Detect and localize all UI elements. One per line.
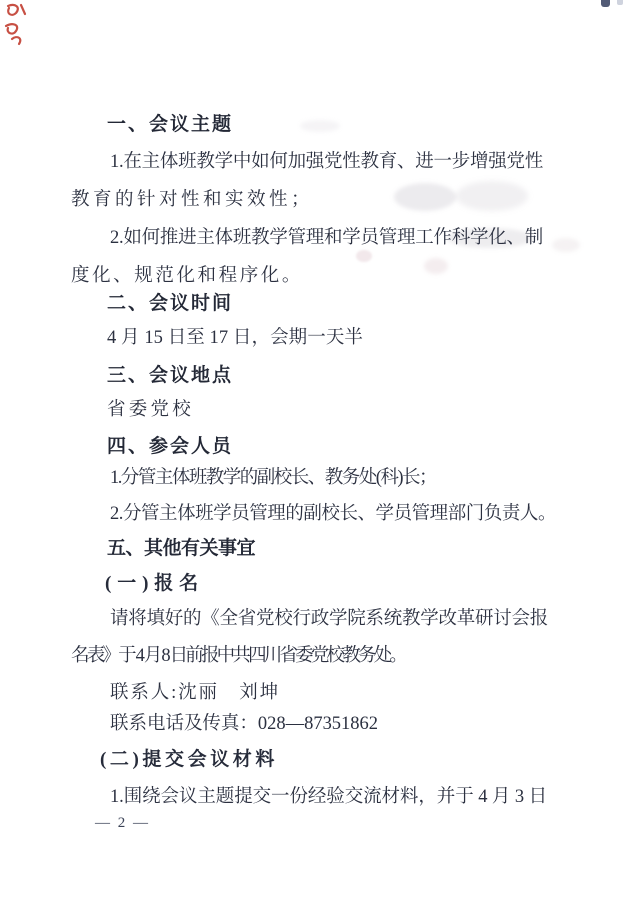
heading-meeting-theme: 一、会议主题	[107, 113, 233, 136]
body-registration-line1: 请将填好的《全省党校行政学院系统教学改革研讨会报	[110, 608, 548, 631]
corner-ink-mark	[601, 0, 610, 7]
scan-smudge	[456, 181, 528, 211]
body-theme-item2-line2: 度化、规范化和程序化。	[71, 265, 303, 288]
heading-participants: 四、参会人员	[107, 435, 233, 458]
heading-meeting-time: 二、会议时间	[107, 292, 233, 315]
body-meeting-venue: 省委党校	[107, 399, 194, 422]
red-pen-annotation	[2, 2, 36, 50]
scan-smudge	[356, 250, 372, 262]
body-contact-persons: 联系人:沈丽 刘坤	[110, 682, 280, 705]
scan-smudge	[300, 120, 340, 132]
heading-other-matters: 五、其他有关事宜	[107, 537, 255, 560]
scan-smudge	[394, 183, 456, 211]
body-meeting-time: 4 月 15 日至 17 日，会期一天半	[107, 327, 363, 350]
scan-smudge	[424, 258, 448, 274]
body-theme-item1-line1: 1.在主体班教学中如何加强党性教育、进一步增强党性	[110, 151, 543, 174]
heading-meeting-venue: 三、会议地点	[107, 364, 233, 387]
body-participants-item2: 2.分管主体班学员管理的副校长、学员管理部门负责人。	[110, 503, 556, 526]
body-participants-item1: 1.分管主体班教学的副校长、教务处(科)长；	[110, 467, 436, 490]
body-theme-item1-line2: 教育的针对性和实效性；	[71, 189, 313, 212]
scanned-document-page: 一、会议主题 1.在主体班教学中如何加强党性教育、进一步增强党性 教育的针对性和…	[0, 0, 625, 900]
body-theme-item2-line1: 2.如何推进主体班教学管理和学员管理工作科学化、制	[110, 227, 543, 250]
subheading-registration: (一)报名	[105, 572, 204, 595]
body-contact-phone-fax: 联系电话及传真：028—87351862	[110, 713, 378, 736]
page-number: — 2 —	[95, 812, 150, 835]
corner-ink-mark-small	[617, 0, 623, 5]
subheading-submit-materials: (二)提交会议材料	[100, 748, 278, 771]
scan-smudge	[552, 238, 580, 252]
body-submit-materials-line1: 1.围绕会议主题提交一份经验交流材料，并于 4 月 3 日	[110, 786, 547, 809]
body-registration-line2: 名表》于 4 月 8 日前报中共四川省委党校教务处。	[71, 645, 405, 668]
